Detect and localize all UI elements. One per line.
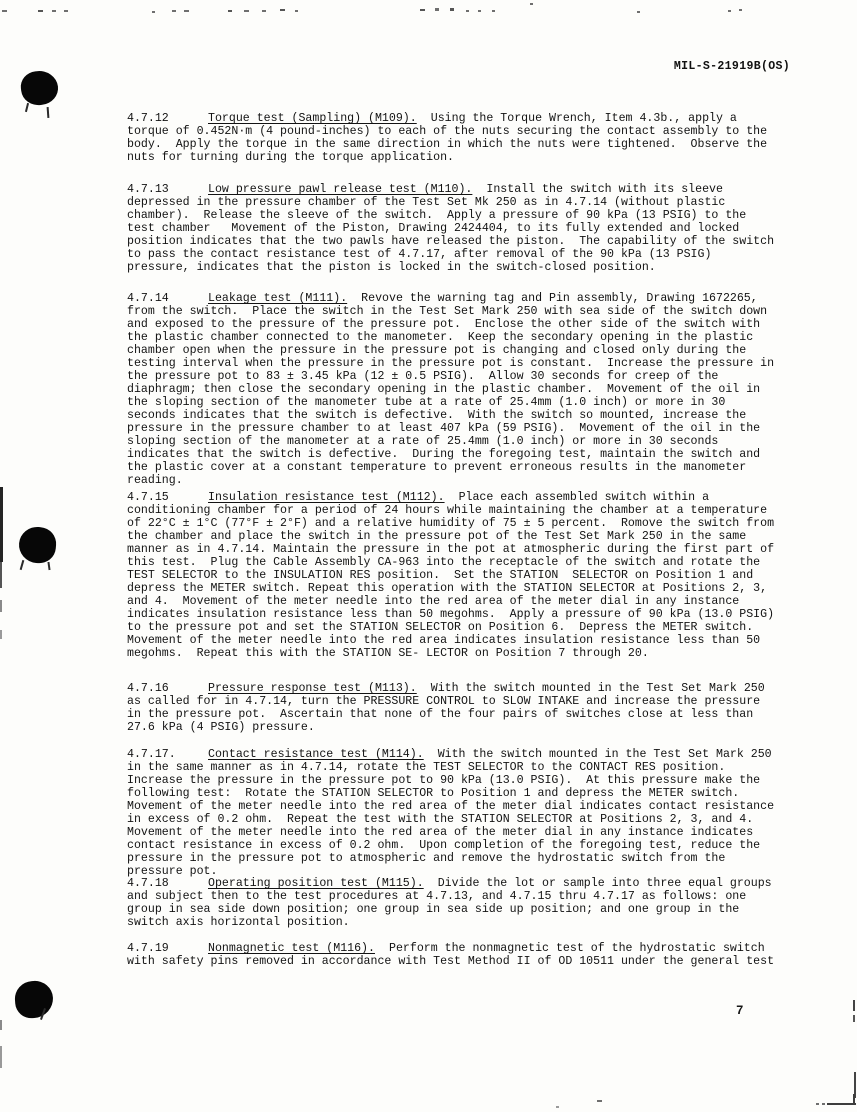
speck	[244, 10, 249, 12]
section-heading: Operating position test (M115).	[208, 877, 424, 890]
speck	[822, 1103, 825, 1105]
edge-line	[853, 1015, 855, 1022]
section-4-7-13: 4.7.13Low pressure pawl release test (M1…	[127, 183, 779, 274]
speck	[466, 10, 469, 12]
speck	[172, 10, 176, 12]
corner-mark	[827, 1103, 856, 1105]
speck	[25, 103, 29, 112]
edge-line	[0, 562, 2, 588]
speck	[2, 10, 7, 12]
section-number: 4.7.12	[127, 112, 208, 125]
speck	[492, 10, 495, 12]
edge-line	[0, 487, 3, 562]
edge-line	[0, 1020, 2, 1030]
speck	[450, 8, 454, 11]
hole-punch-mark	[18, 525, 58, 564]
speck	[52, 10, 56, 12]
speck	[478, 10, 481, 12]
speck	[597, 1100, 602, 1102]
section-heading: Nonmagnetic test (M116).	[208, 942, 375, 955]
section-number: 4.7.16	[127, 682, 208, 695]
speck	[739, 9, 742, 11]
section-heading: Contact resistance test (M114).	[208, 748, 424, 761]
document-page: MIL-S-21919B(OS) 4.7.12Torque test (Samp…	[0, 0, 857, 1112]
section-number: 4.7.15	[127, 491, 208, 504]
section-4-7-12: 4.7.12Torque test (Sampling) (M109).Usin…	[127, 112, 779, 164]
edge-line	[0, 600, 2, 612]
section-number: 4.7.17.	[127, 748, 208, 761]
speck	[20, 560, 25, 570]
speck	[637, 11, 640, 13]
section-number: 4.7.19	[127, 942, 208, 955]
section-4-7-14: 4.7.14Leakage test (M111).Revove the war…	[127, 292, 779, 487]
section-4-7-17: 4.7.17.Contact resistance test (M114).Wi…	[127, 748, 779, 878]
speck	[420, 9, 425, 11]
section-text: Revove the warning tag and Pin assembly,…	[127, 292, 781, 487]
section-4-7-19: 4.7.19Nonmagnetic test (M116).Perform th…	[127, 942, 779, 968]
speck	[530, 3, 533, 5]
section-number: 4.7.14	[127, 292, 208, 305]
hole-punch-mark	[14, 980, 54, 1020]
speck	[728, 10, 731, 12]
section-4-7-18: 4.7.18Operating position test (M115).Div…	[127, 877, 779, 929]
edge-line	[0, 630, 2, 639]
speck	[38, 10, 43, 12]
section-heading: Low pressure pawl release test (M110).	[208, 183, 472, 196]
speck	[152, 11, 155, 13]
section-4-7-16: 4.7.16Pressure response test (M113).With…	[127, 682, 779, 734]
speck	[64, 10, 68, 12]
section-text: Install the switch with its sleeve depre…	[127, 183, 781, 274]
section-text: With the switch mounted in the Test Set …	[127, 748, 781, 878]
section-heading: Leakage test (M111).	[208, 292, 347, 305]
section-4-7-15: 4.7.15Insulation resistance test (M112).…	[127, 491, 779, 660]
corner-mark	[853, 1094, 855, 1105]
edge-line	[0, 1046, 2, 1068]
document-id: MIL-S-21919B(OS)	[0, 60, 790, 73]
speck	[435, 8, 439, 11]
section-text: Place each assembled switch within a con…	[127, 491, 781, 660]
speck	[47, 562, 50, 570]
section-heading: Torque test (Sampling) (M109).	[208, 112, 417, 125]
section-number: 4.7.13	[127, 183, 208, 196]
hole-punch-mark	[19, 69, 60, 107]
section-heading: Pressure response test (M113).	[208, 682, 417, 695]
edge-line	[853, 1000, 855, 1011]
page-number: 7	[736, 1004, 744, 1018]
speck	[556, 1106, 559, 1108]
speck	[228, 10, 232, 12]
speck	[816, 1103, 819, 1105]
speck	[184, 10, 189, 12]
section-number: 4.7.18	[127, 877, 208, 890]
speck	[280, 9, 285, 11]
speck	[262, 10, 266, 12]
speck	[47, 107, 50, 118]
section-heading: Insulation resistance test (M112).	[208, 491, 445, 504]
speck	[295, 10, 298, 12]
